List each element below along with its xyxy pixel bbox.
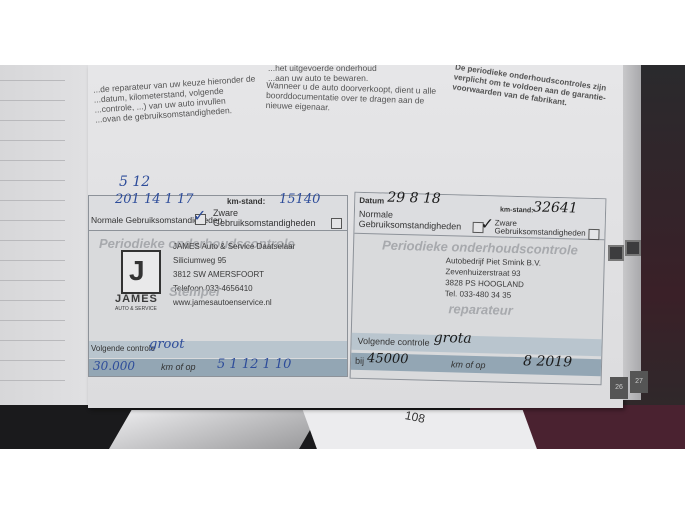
page-number: 26 — [610, 377, 628, 399]
service-entry-1: 5 12 201 14 1 17 km-stand: 15140 Normale… — [88, 195, 348, 377]
ruled-line — [0, 360, 65, 361]
heavy-conditions-label: Zware — [213, 208, 238, 218]
handwritten-date: 201 14 1 17 — [115, 192, 194, 207]
handwritten-next-km: 45000 — [367, 351, 409, 367]
ruled-line — [0, 320, 65, 321]
ruled-line — [0, 180, 65, 181]
ruled-line — [0, 220, 65, 221]
at-label: bij — [355, 356, 364, 366]
handwritten-date-top: 5 12 — [119, 174, 150, 190]
heavy-conditions-label: Gebruiksomstandigheden — [213, 218, 316, 228]
intro-text-left: ...de reparateur van uw keuze hieronder … — [93, 73, 258, 124]
background-paper — [108, 410, 321, 449]
entry-title: Periodieke onderhoudscontrole — [382, 237, 578, 257]
next-control-band: Volgende controle groot — [89, 341, 347, 358]
date-label: Datum — [359, 196, 384, 206]
km-or-label: km of op — [451, 359, 486, 370]
tab-marker — [625, 240, 641, 256]
ruled-line — [0, 280, 65, 281]
booklet-page: ...de reparateur van uw keuze hieronder … — [88, 65, 623, 408]
handwritten-next-km: 30.000 — [93, 359, 135, 373]
tab-marker — [608, 245, 624, 261]
handwritten-next-type: grota — [433, 330, 471, 347]
heavy-conditions-checkbox[interactable] — [331, 218, 342, 229]
handwritten-km: 32641 — [533, 199, 578, 216]
james-logo: J — [121, 250, 161, 294]
km-or-label: km of op — [161, 362, 196, 372]
km-label: km-stand: — [500, 207, 534, 215]
next-km-band: 30.000 km of op 5 1 12 1 10 — [89, 359, 347, 376]
garage-stamp: JAMES Auto & Service DaatselaarSiliciumw… — [173, 240, 295, 310]
page-number: 27 — [630, 371, 648, 393]
checkmark: ✓ — [480, 214, 494, 233]
intro-text-middle: Wanneer u de auto doorverkoopt, dient u … — [266, 80, 437, 116]
logo-subtext: AUTO & SERVICE — [115, 302, 157, 316]
ruled-line — [0, 380, 65, 381]
next-control-label: Volgende controle — [357, 336, 429, 348]
left-lined-page — [0, 65, 95, 405]
handwritten-km: 15140 — [279, 192, 320, 207]
km-label: km-stand: — [227, 197, 265, 206]
heavy-conditions-checkbox[interactable] — [588, 229, 599, 240]
ruled-line — [0, 80, 65, 81]
checkmark: ✓ — [193, 206, 206, 225]
next-km-band: bij 45000 km of op 8 2019 — [351, 353, 601, 377]
handwritten-next-date: 5 1 12 1 10 — [217, 357, 291, 372]
handwritten-next-type: groot — [149, 337, 184, 352]
ruled-line — [0, 140, 65, 141]
ruled-line — [0, 120, 65, 121]
ruled-line — [0, 240, 65, 241]
ruled-line — [0, 340, 65, 341]
ruled-line — [0, 100, 65, 101]
ruled-line — [0, 200, 65, 201]
ruled-line — [0, 160, 65, 161]
page-edge — [623, 65, 641, 400]
garage-stamp: Autobedrijf Piet Smink B.V.Zevenhuizerst… — [445, 255, 541, 301]
intro-text-right: De periodieke onderhoudscontroles zijnve… — [452, 65, 608, 114]
repairer-label: reparateur — [448, 301, 513, 318]
next-control-label: Volgende controle — [91, 344, 155, 353]
ruled-line — [0, 300, 65, 301]
handwritten-date: 29 8 18 — [387, 190, 441, 207]
stamp-label: Stempel — [169, 284, 220, 299]
handwritten-next-date: 8 2019 — [523, 353, 572, 370]
ruled-line — [0, 260, 65, 261]
photo: 108 ...de reparateur van uw keuze hieron… — [0, 65, 685, 449]
service-entry-2: Datum 29 8 18 km-stand: 32641 Normale Ge… — [350, 192, 607, 386]
